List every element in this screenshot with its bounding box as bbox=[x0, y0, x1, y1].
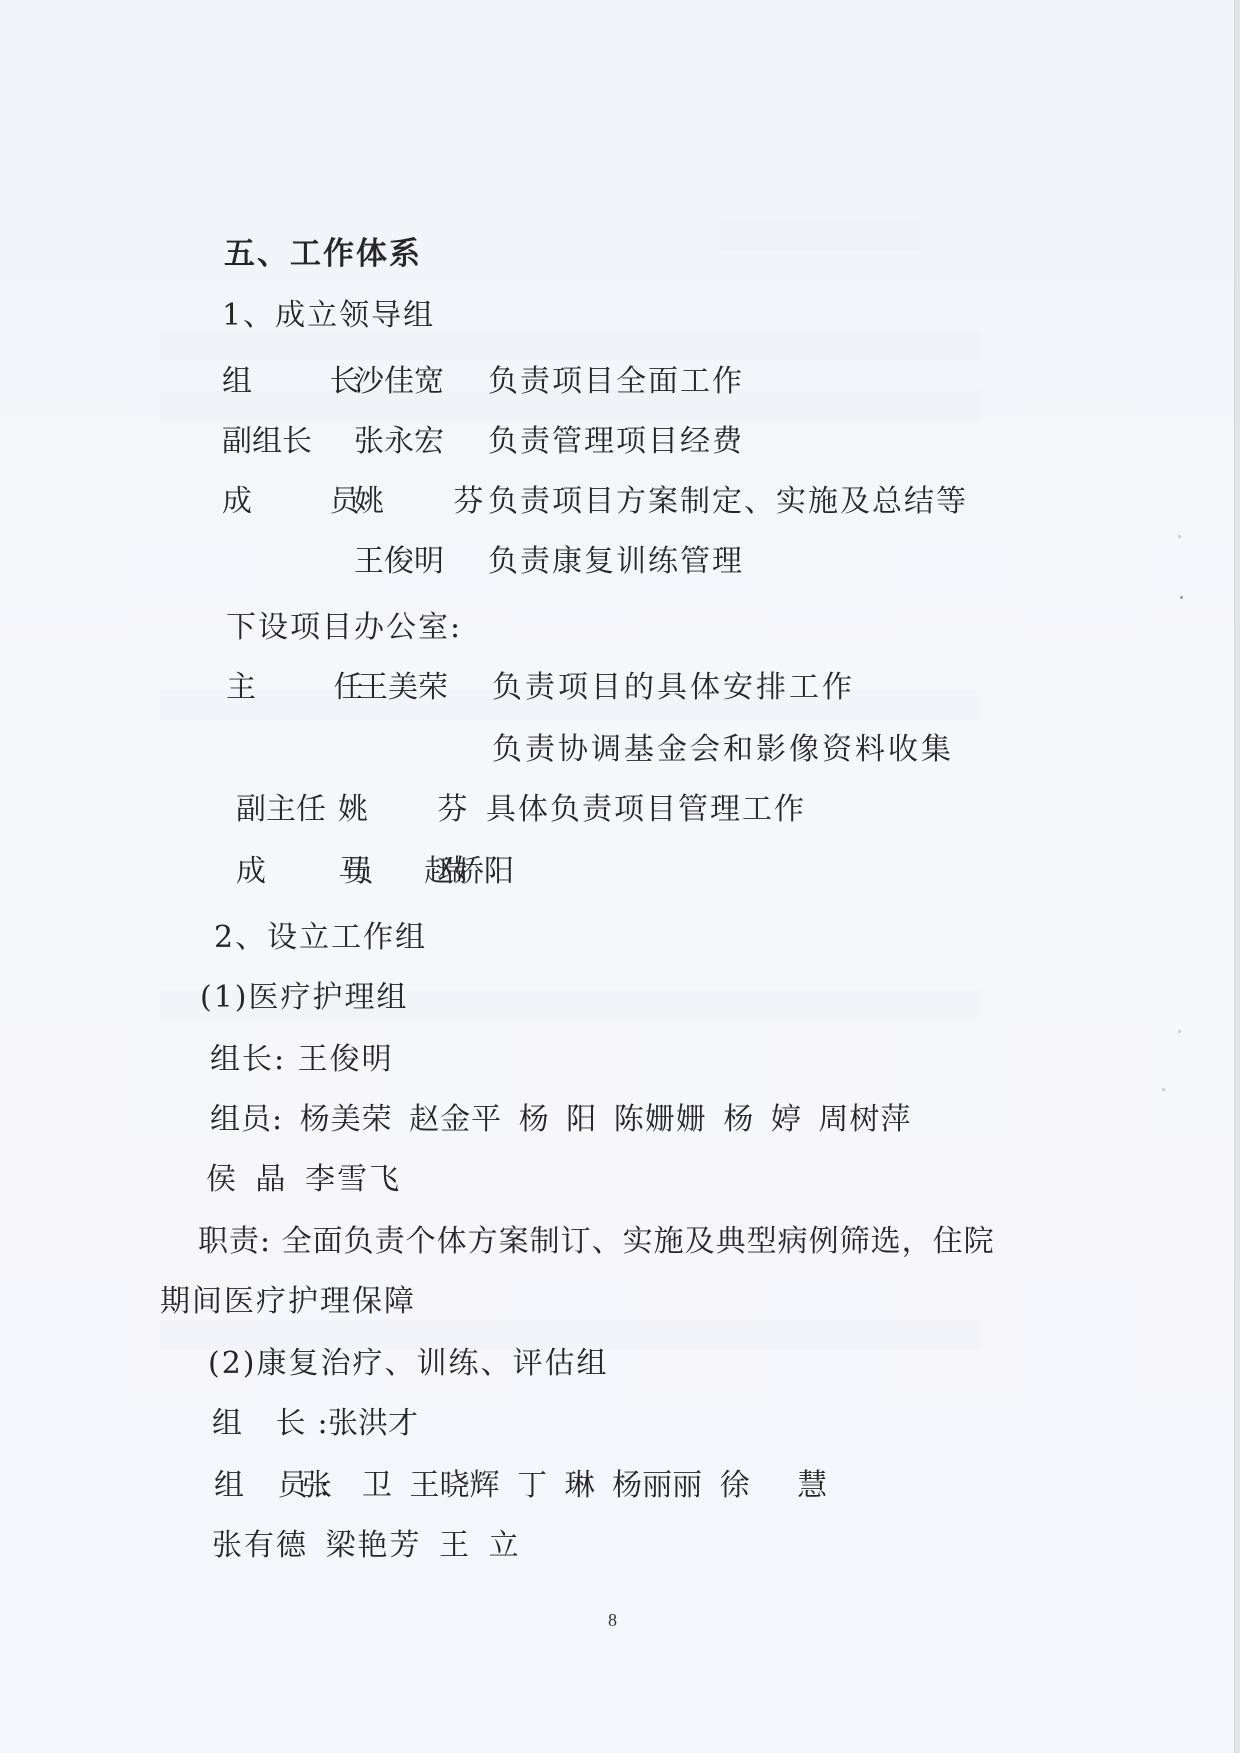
group-1-members-line-2: 侯 晶 李雪飞 bbox=[206, 1160, 401, 1200]
leadership-role: 副组长 bbox=[222, 422, 312, 462]
office-intro: 下设项目办公室: bbox=[226, 608, 462, 648]
scan-speck bbox=[1178, 1030, 1181, 1033]
scanned-page: 五、工作体系 1、成立领导组 组 长 沙佳宽 负责项目全面工作 副组长 张永宏 … bbox=[0, 0, 1240, 1753]
group-2-leader-label: 组 长: bbox=[212, 1404, 340, 1444]
leadership-duty: 负责项目方案制定、实施及总结等 bbox=[488, 482, 968, 522]
office-duty: 具体负责项目管理工作 bbox=[486, 790, 806, 830]
leadership-duty: 负责康复训练管理 bbox=[488, 542, 744, 582]
leadership-name: 张永宏 bbox=[354, 422, 444, 462]
leadership-duty: 负责项目全面工作 bbox=[488, 362, 744, 402]
scan-speck bbox=[1180, 596, 1183, 599]
section-heading: 五、工作体系 bbox=[224, 234, 422, 274]
subsection-title-leadership: 1、成立领导组 bbox=[222, 296, 435, 336]
scan-speck bbox=[1178, 535, 1181, 538]
office-name: 王美荣 bbox=[358, 668, 448, 708]
group-1-duty-line-2: 期间医疗护理保障 bbox=[160, 1282, 416, 1322]
group-2-title: (2)康复治疗、训练、评估组 bbox=[208, 1344, 609, 1384]
scan-speck bbox=[1162, 1088, 1165, 1091]
office-name: 姚 芬 bbox=[338, 790, 498, 830]
group-1-members-line-1: 组员: 杨美荣 赵金平 杨 阳 陈姗姗 杨 婷 周树萍 bbox=[210, 1100, 911, 1140]
group-2-leader-name: 张洪才 bbox=[328, 1404, 418, 1444]
leadership-name: 沙佳宽 bbox=[354, 362, 444, 402]
office-member: 赵娇阳 bbox=[424, 852, 514, 892]
group-1-duty-line-1: 职责: 全面负责个体方案制订、实施及典型病例筛选，住院 bbox=[198, 1222, 995, 1262]
leadership-name: 王俊明 bbox=[354, 542, 444, 582]
group-1-leader: 组长: 王俊明 bbox=[210, 1040, 394, 1080]
group-2-members-line-1: 张 卫 王晓辉 丁 琳 杨丽丽 徐 慧 bbox=[302, 1466, 827, 1506]
page-number: 8 bbox=[608, 1610, 617, 1631]
page-edge-shadow bbox=[1234, 0, 1240, 1753]
office-role: 副主任 bbox=[236, 790, 326, 830]
office-duty: 负责协调基金会和影像资料收集 bbox=[492, 730, 954, 770]
office-duty: 负责项目的具体安排工作 bbox=[492, 668, 855, 708]
group-1-title: (1)医疗护理组 bbox=[200, 978, 409, 1018]
group-2-members-line-2: 张有德 梁艳芳 王 立 bbox=[212, 1526, 521, 1566]
subsection-title-working-groups: 2、设立工作组 bbox=[214, 918, 427, 958]
bleed-through-artifact bbox=[720, 220, 920, 250]
leadership-duty: 负责管理项目经费 bbox=[488, 422, 744, 462]
